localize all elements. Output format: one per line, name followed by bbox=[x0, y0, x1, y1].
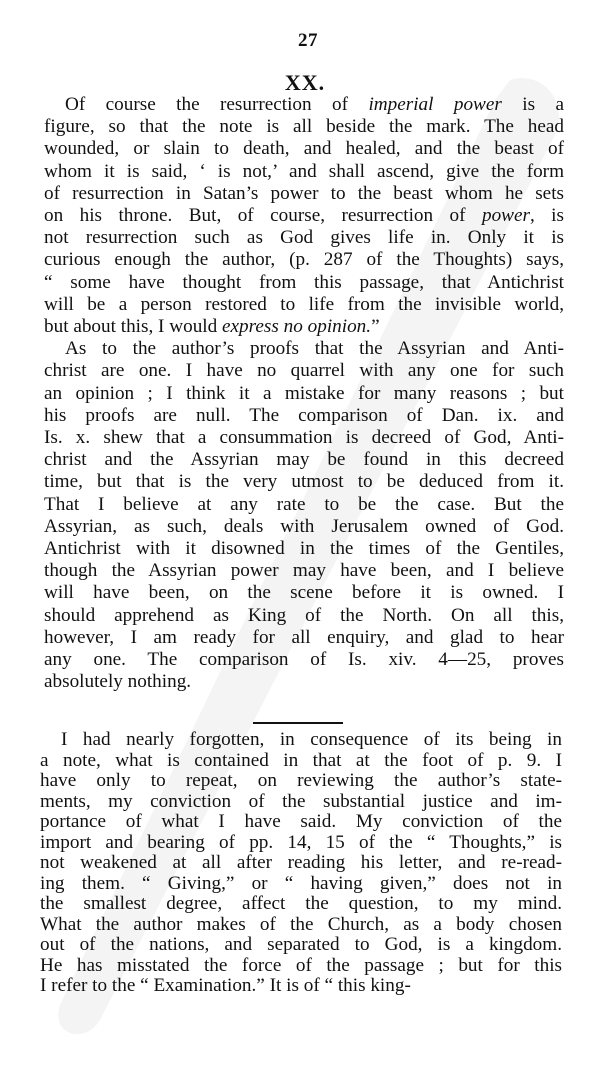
text-line: however, I am ready for all enquiry, and… bbox=[44, 627, 564, 649]
text-line: As to the author’s proofs that the Assyr… bbox=[44, 338, 564, 360]
text-block-lower: I had nearly forgotten, in consequence o… bbox=[40, 730, 562, 997]
text-line: an opinion ; I think it a mistake for ma… bbox=[44, 383, 564, 405]
text-block-upper: Of course the resurrection of imperial p… bbox=[44, 94, 564, 693]
text-line: He has misstated the force of the passag… bbox=[40, 956, 562, 977]
text-line: wounded, or slain to death, and healed, … bbox=[44, 138, 564, 160]
text-line: portance of what I have said. My convict… bbox=[40, 812, 562, 833]
section-divider-rule bbox=[253, 722, 343, 724]
text-line: figure, so that the note is all beside t… bbox=[44, 116, 564, 138]
text-line: a note, what is contained in that at the… bbox=[40, 751, 562, 772]
paragraph-1: Of course the resurrection of imperial p… bbox=[44, 94, 564, 338]
text-line: though the Assyrian power may have been,… bbox=[44, 560, 564, 582]
text-line: will be a person restored to life from t… bbox=[44, 294, 564, 316]
text-line: “ some have thought from this passage, t… bbox=[44, 272, 564, 294]
text-line: not weakened at all after reading his le… bbox=[40, 853, 562, 874]
text-line: import and bearing of pp. 14, 15 of the … bbox=[40, 833, 562, 854]
text-line: should apprehend as King of the North. O… bbox=[44, 605, 564, 627]
section-heading: XX. bbox=[0, 70, 600, 96]
text-line: What the author makes of the Church, as … bbox=[40, 915, 562, 936]
text-line: curious enough the author, (p. 287 of th… bbox=[44, 249, 564, 271]
text-line: but about this, I would express no opini… bbox=[44, 316, 564, 338]
text-line: I had nearly forgotten, in consequence o… bbox=[40, 730, 562, 751]
text-line: have only to repeat, on reviewing the au… bbox=[40, 771, 562, 792]
text-line: the smallest degree, affect the question… bbox=[40, 894, 562, 915]
text-line: christ and the Assyrian may be found in … bbox=[44, 449, 564, 471]
page-number: 27 bbox=[0, 30, 600, 52]
text-line: not resurrection such as God gives life … bbox=[44, 227, 564, 249]
text-line: on his throne. But, of course, resurrect… bbox=[44, 205, 564, 227]
text-line: Is. x. shew that a consummation is decre… bbox=[44, 427, 564, 449]
text-line: of resurrection in Satan’s power to the … bbox=[44, 183, 564, 205]
document-page: 27 XX. Of course the resurrection of imp… bbox=[0, 0, 600, 1067]
text-line: Of course the resurrection of imperial p… bbox=[44, 94, 564, 116]
text-line: I refer to the “ Examination.” It is of … bbox=[40, 976, 562, 997]
text-line: ments, my conviction of the substantial … bbox=[40, 792, 562, 813]
text-line: absolutely nothing. bbox=[44, 671, 564, 693]
paragraph-2: As to the author’s proofs that the Assyr… bbox=[44, 338, 564, 693]
text-line: any one. The comparison of Is. xiv. 4—25… bbox=[44, 649, 564, 671]
text-line: time, but that is the very utmost to be … bbox=[44, 471, 564, 493]
text-line: his proofs are null. The comparison of D… bbox=[44, 405, 564, 427]
text-line: ing them. “ Giving,” or “ having given,”… bbox=[40, 874, 562, 895]
text-line: christ are one. I have no quarrel with a… bbox=[44, 360, 564, 382]
text-line: will have been, on the scene before it i… bbox=[44, 582, 564, 604]
text-line: Assyrian, as such, deals with Jerusalem … bbox=[44, 516, 564, 538]
text-line: whom it is said, ‘ is not,’ and shall as… bbox=[44, 161, 564, 183]
paragraph-3: I had nearly forgotten, in consequence o… bbox=[40, 730, 562, 997]
text-line: Antichrist with it disowned in the times… bbox=[44, 538, 564, 560]
text-line: out of the nations, and separated to God… bbox=[40, 935, 562, 956]
text-line: That I believe at any rate to be the cas… bbox=[44, 494, 564, 516]
